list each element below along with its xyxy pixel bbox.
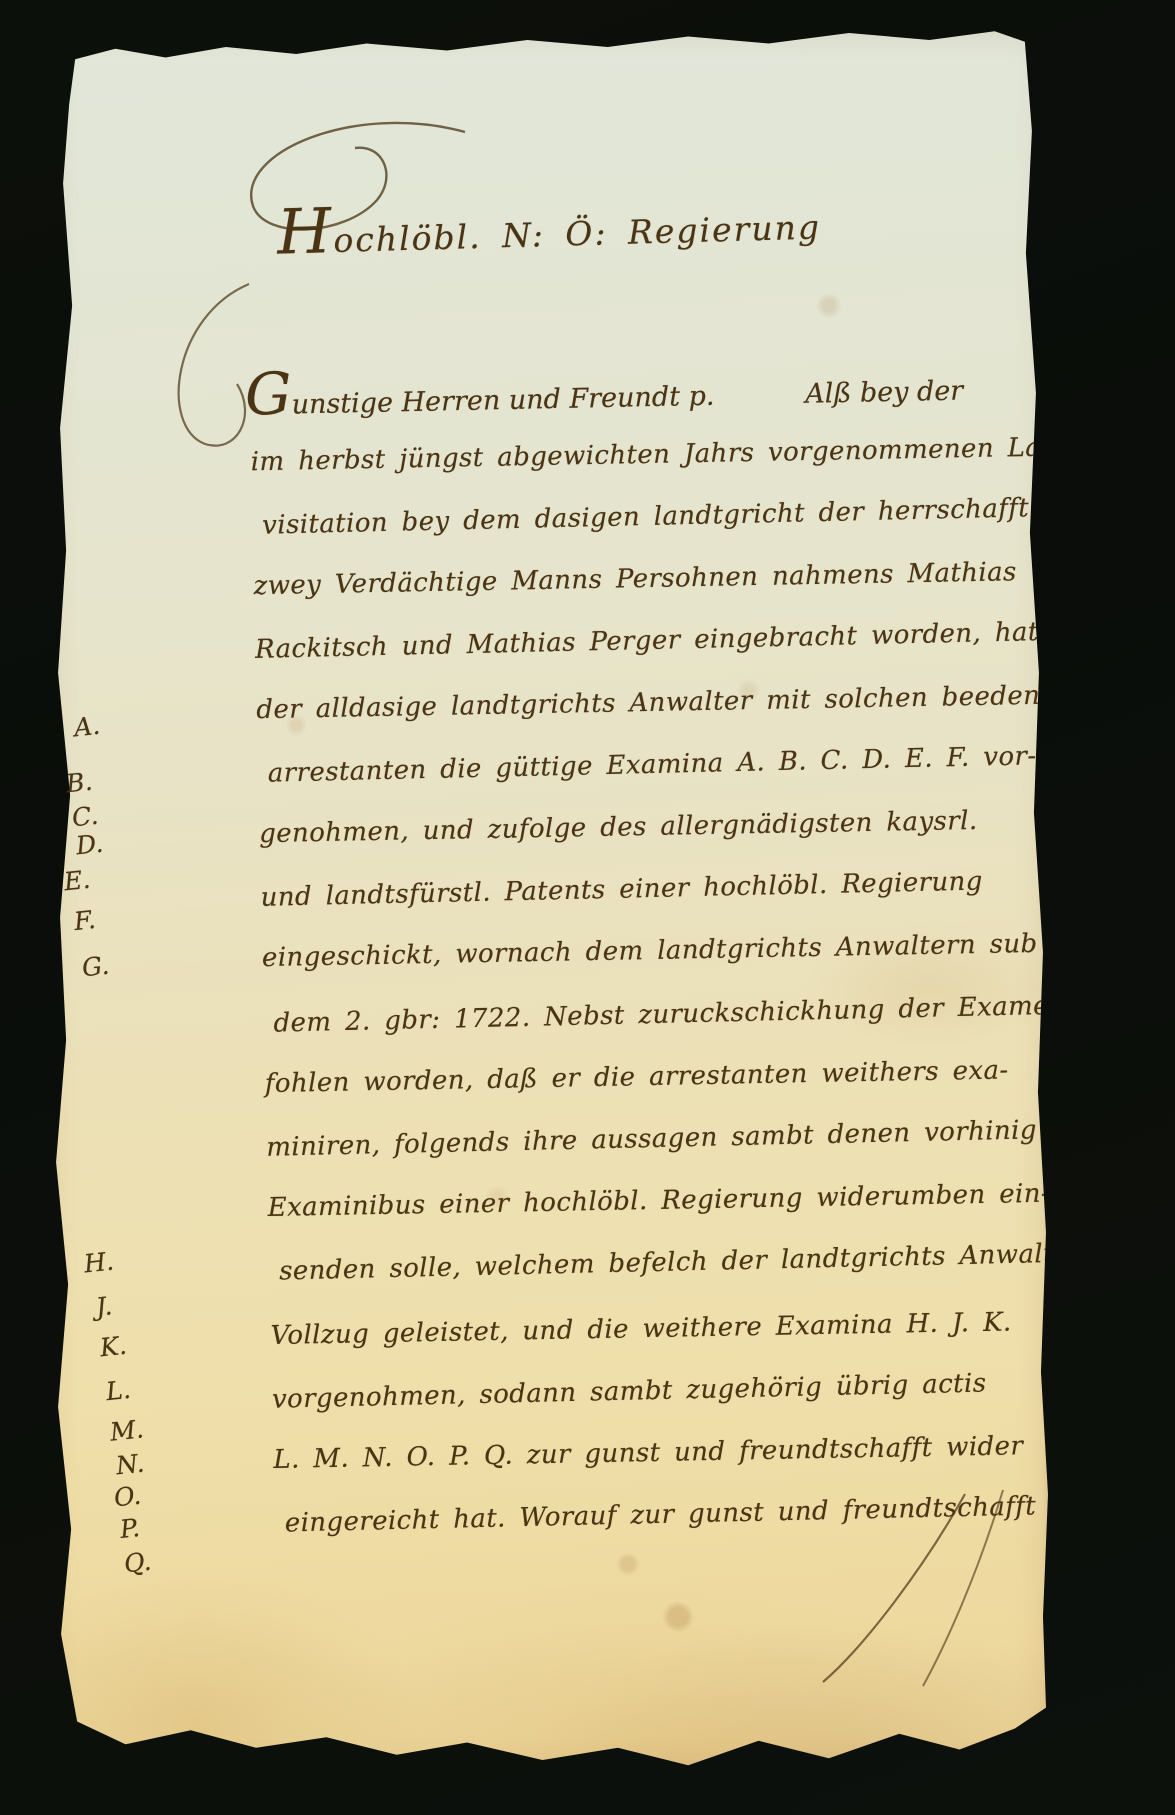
margin-letter: G. <box>81 951 111 983</box>
margin-letter: B. <box>65 767 94 799</box>
margin-letter: N. <box>115 1449 146 1481</box>
document-heading: Hochlöbl. N: Ö: Regierung <box>276 180 822 268</box>
photo-background: Hochlöbl. N: Ö: Regierung Gunstige Herre… <box>0 0 1175 1815</box>
margin-letter: L. <box>105 1375 132 1406</box>
margin-letter: H. <box>83 1247 116 1279</box>
margin-letter: K. <box>99 1331 129 1363</box>
margin-letter: A. <box>73 711 102 743</box>
margin-letter: F. <box>73 905 97 936</box>
margin-letter: C. <box>71 801 100 833</box>
margin-letter: D. <box>75 829 105 861</box>
margin-letter: M. <box>109 1414 145 1446</box>
salutation-line: Gunstige Herren und Freundt p. Alß bey d… <box>244 348 963 425</box>
body-text: im herbst jüngst abgewichten Jahrs vorge… <box>250 415 1065 1555</box>
margin-letter: J. <box>95 1291 114 1322</box>
margin-letter: E. <box>63 865 92 897</box>
margin-letter: P. <box>119 1513 142 1544</box>
margin-letter: Q. <box>123 1547 153 1579</box>
margin-letter: O. <box>113 1481 143 1513</box>
salutation-aside-text: Alß bey der <box>805 360 964 425</box>
manuscript-page: Hochlöbl. N: Ö: Regierung Gunstige Herre… <box>45 26 1050 1774</box>
